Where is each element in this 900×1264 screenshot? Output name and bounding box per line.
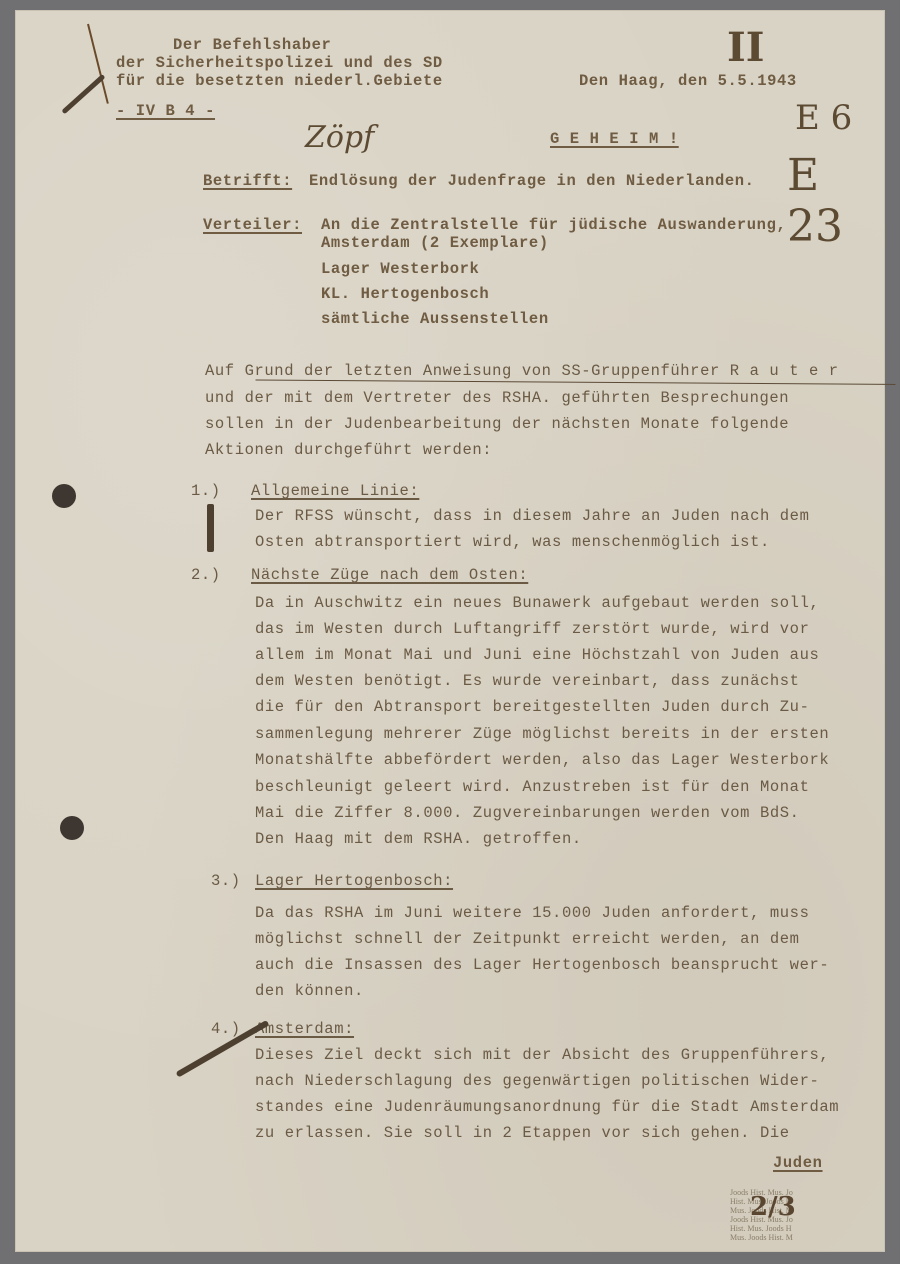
section-1-line-1: Der RFSS wünscht, dass in diesem Jahre a… <box>255 507 809 525</box>
margin-bracket-mark <box>207 504 214 552</box>
section-2-line-8: beschleunigt geleert wird. Anzustreben i… <box>255 778 809 796</box>
authority-line-3: für die besetzten niederl.Gebiete <box>116 72 443 90</box>
section-1-number: 1.) <box>191 482 221 500</box>
archive-stamp-line-6: Mus. Joods Hist. M <box>730 1233 793 1242</box>
distribution-label: Verteiler: <box>203 216 302 234</box>
classification-label: G E H E I M ! <box>550 130 679 148</box>
subject-text: Endlösung der Judenfrage in den Niederla… <box>309 172 755 190</box>
section-2-line-6: sammenlegung mehrerer Züge möglichst ber… <box>255 725 829 743</box>
section-3-line-3: auch die Insassen des Lager Hertogenbosc… <box>255 956 829 974</box>
punch-hole-top <box>52 484 76 508</box>
section-2-line-3: allem im Monat Mai und Juni eine Höchstz… <box>255 646 819 664</box>
section-4-line-3: standes eine Judenräumungsanordnung für … <box>255 1098 839 1116</box>
handwritten-mark-e6: E 6 <box>795 98 852 138</box>
section-2-line-10: Den Haag mit dem RSHA. getroffen. <box>255 830 582 848</box>
catchword: Juden <box>773 1154 823 1172</box>
section-2-line-4: dem Westen benötigt. Es wurde vereinbart… <box>255 672 800 690</box>
recipient-1: An die Zentralstelle für jüdische Auswan… <box>321 216 786 234</box>
document-page: Der Befehlshaber der Sicherheitspolizei … <box>15 10 885 1252</box>
section-3-title: Lager Hertogenbosch: <box>255 872 453 890</box>
archive-handwritten-number: 2/3 <box>750 1192 796 1222</box>
section-3-line-2: möglichst schnell der Zeitpunkt erreicht… <box>255 930 800 948</box>
archive-stamp-line-5: Hist. Mus. Joods H <box>730 1224 793 1233</box>
pencil-underline <box>255 380 895 385</box>
section-2-number: 2.) <box>191 566 221 584</box>
section-2-line-9: Mai die Ziffer 8.000. Zugvereinbarungen … <box>255 804 800 822</box>
section-2-line-5: die für den Abtransport bereitgestellten… <box>255 698 809 716</box>
archive-stamp: Joods Hist. Mus. Jo Hist. Mus. Joods H M… <box>730 1188 793 1242</box>
section-3-line-1: Da das RSHA im Juni weitere 15.000 Juden… <box>255 904 809 922</box>
section-1-title: Allgemeine Linie: <box>251 482 419 500</box>
section-2-line-7: Monatshälfte abbefördert werden, also da… <box>255 751 829 769</box>
section-3-line-4: den können. <box>255 982 364 1000</box>
intro-line-4: Aktionen durchgeführt werden: <box>205 441 492 459</box>
subject-label: Betrifft: <box>203 172 292 190</box>
section-2-line-2: das im Westen durch Luftangriff zerstört… <box>255 620 809 638</box>
recipient-2: Amsterdam (2 Exemplare) <box>321 234 549 252</box>
section-2-line-1: Da in Auschwitz ein neues Bunawerk aufge… <box>255 594 819 612</box>
authority-line-1: Der Befehlshaber <box>173 36 331 54</box>
handwritten-mark-e23: E 23 <box>787 150 885 252</box>
ink-strike-mark <box>61 74 105 115</box>
recipient-3: Lager Westerbork <box>321 260 479 278</box>
section-2-title: Nächste Züge nach dem Osten: <box>251 566 528 584</box>
section-4-line-1: Dieses Ziel deckt sich mit der Absicht d… <box>255 1046 829 1064</box>
section-4-title: Amsterdam: <box>255 1020 354 1038</box>
section-3-number: 3.) <box>211 872 241 890</box>
recipient-5: sämtliche Aussenstellen <box>321 310 549 328</box>
section-4-number: 4.) <box>211 1020 241 1038</box>
intro-line-2: und der mit dem Vertreter des RSHA. gefü… <box>205 389 789 407</box>
punch-hole-bottom <box>60 816 84 840</box>
intro-line-1: Auf Grund der letzten Anweisung von SS-G… <box>205 362 839 380</box>
place-date: Den Haag, den 5.5.1943 <box>579 72 797 90</box>
section-1-line-2: Osten abtransportiert wird, was menschen… <box>255 533 770 551</box>
pencil-strike-mark <box>87 24 109 104</box>
handwritten-signature: Zöpf <box>305 120 374 155</box>
intro-line-3: sollen in der Judenbearbeitung der nächs… <box>205 415 789 433</box>
section-4-line-4: zu erlassen. Sie soll in 2 Etappen vor s… <box>255 1124 790 1142</box>
handwritten-roman-numeral: II <box>727 24 764 71</box>
recipient-4: KL. Hertogenbosch <box>321 285 489 303</box>
section-4-line-2: nach Niederschlagung des gegenwärtigen p… <box>255 1072 819 1090</box>
authority-line-2: der Sicherheitspolizei und des SD <box>116 54 443 72</box>
reference-code: - IV B 4 - <box>116 102 215 120</box>
